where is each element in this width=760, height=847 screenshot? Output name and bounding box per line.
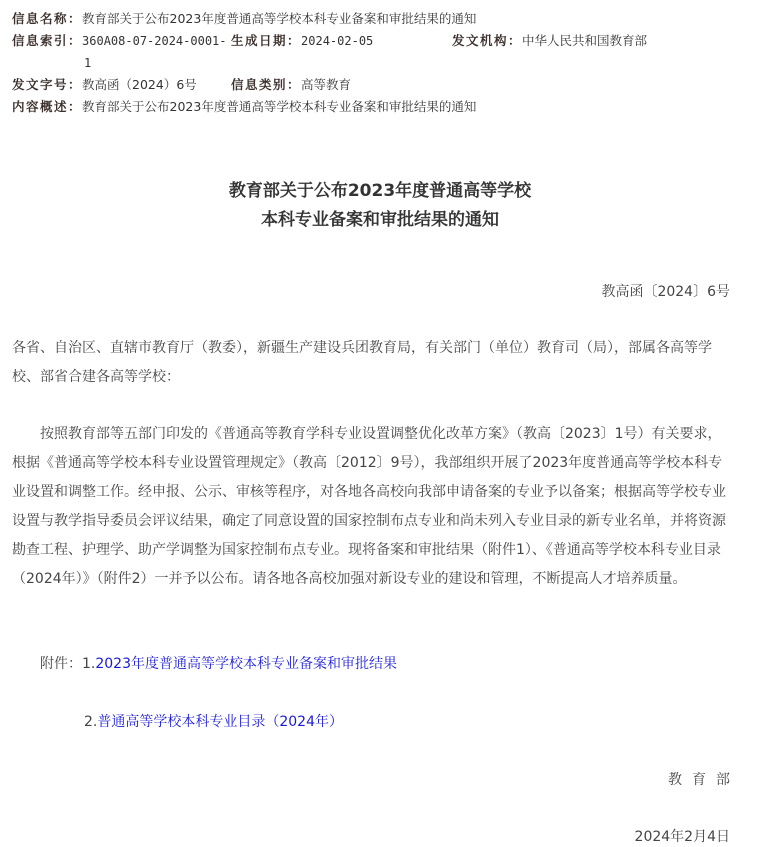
category-label: 信息类别： bbox=[231, 77, 301, 92]
info-name-label: 信息名称： bbox=[12, 11, 82, 26]
attachment-2-prefix: 2. bbox=[84, 714, 97, 730]
attachment-2-link[interactable]: 普通高等学校本科专业目录（2024年） bbox=[97, 714, 343, 730]
info-index-value: 360A08-07-2024-0001- bbox=[82, 34, 227, 48]
issuing-org-value: 中华人民共和国教育部 bbox=[522, 33, 647, 48]
doc-number-label: 发文字号： bbox=[12, 77, 82, 92]
doc-number-value: 教高函（2024）6号 bbox=[82, 77, 197, 92]
generated-date-value: 2024-02-05 bbox=[301, 34, 373, 48]
document-number: 教高函〔2024〕6号 bbox=[601, 281, 730, 301]
category-value: 高等教育 bbox=[301, 77, 351, 92]
generated-date-label: 生成日期： bbox=[231, 33, 301, 48]
summary-value: 教育部关于公布2023年度普通高等学校本科专业备案和审批结果的通知 bbox=[82, 99, 476, 114]
metadata-panel: 信息名称：教育部关于公布2023年度普通高等学校本科专业备案和审批结果的通知 信… bbox=[12, 8, 752, 118]
meta-row-summary: 内容概述：教育部关于公布2023年度普通高等学校本科专业备案和审批结果的通知 bbox=[12, 96, 752, 118]
attachment-2: 2.普通高等学校本科专业目录（2024年） bbox=[84, 711, 343, 731]
document-date: 2024年2月4日 bbox=[635, 826, 730, 846]
document-title-line1: 教育部关于公布2023年度普通高等学校 bbox=[0, 178, 760, 205]
meta-row-doc-number: 发文字号：教高函（2024）6号 信息类别：高等教育 bbox=[12, 74, 752, 96]
info-index-label: 信息索引： bbox=[12, 33, 82, 48]
attachment-1: 附件：1.2023年度普通高等学校本科专业备案和审批结果 bbox=[40, 653, 397, 673]
meta-row-info-name: 信息名称：教育部关于公布2023年度普通高等学校本科专业备案和审批结果的通知 bbox=[12, 8, 752, 30]
meta-row-info-index: 信息索引：360A08-07-2024-0001- 生成日期：2024-02-0… bbox=[12, 30, 752, 52]
attachment-1-prefix: 1. bbox=[82, 656, 95, 672]
summary-label: 内容概述： bbox=[12, 99, 82, 114]
meta-row-info-index-cont: 1 bbox=[12, 52, 752, 74]
signature: 教育部 bbox=[668, 769, 740, 789]
attachments-label: 附件： bbox=[40, 656, 82, 672]
issuing-org-label: 发文机构： bbox=[452, 33, 522, 48]
body-paragraph: 按照教育部等五部门印发的《普通高等教育学科专业设置调整优化改革方案》（教高〔20… bbox=[12, 420, 732, 594]
info-index-value-cont: 1 bbox=[84, 56, 91, 70]
salutation: 各省、自治区、直辖市教育厅（教委），新疆生产建设兵团教育局，有关部门（单位）教育… bbox=[12, 334, 732, 392]
info-name-value: 教育部关于公布2023年度普通高等学校本科专业备案和审批结果的通知 bbox=[82, 11, 476, 26]
document-title-line2: 本科专业备案和审批结果的通知 bbox=[0, 207, 760, 234]
attachment-1-link[interactable]: 2023年度普通高等学校本科专业备案和审批结果 bbox=[95, 656, 397, 672]
